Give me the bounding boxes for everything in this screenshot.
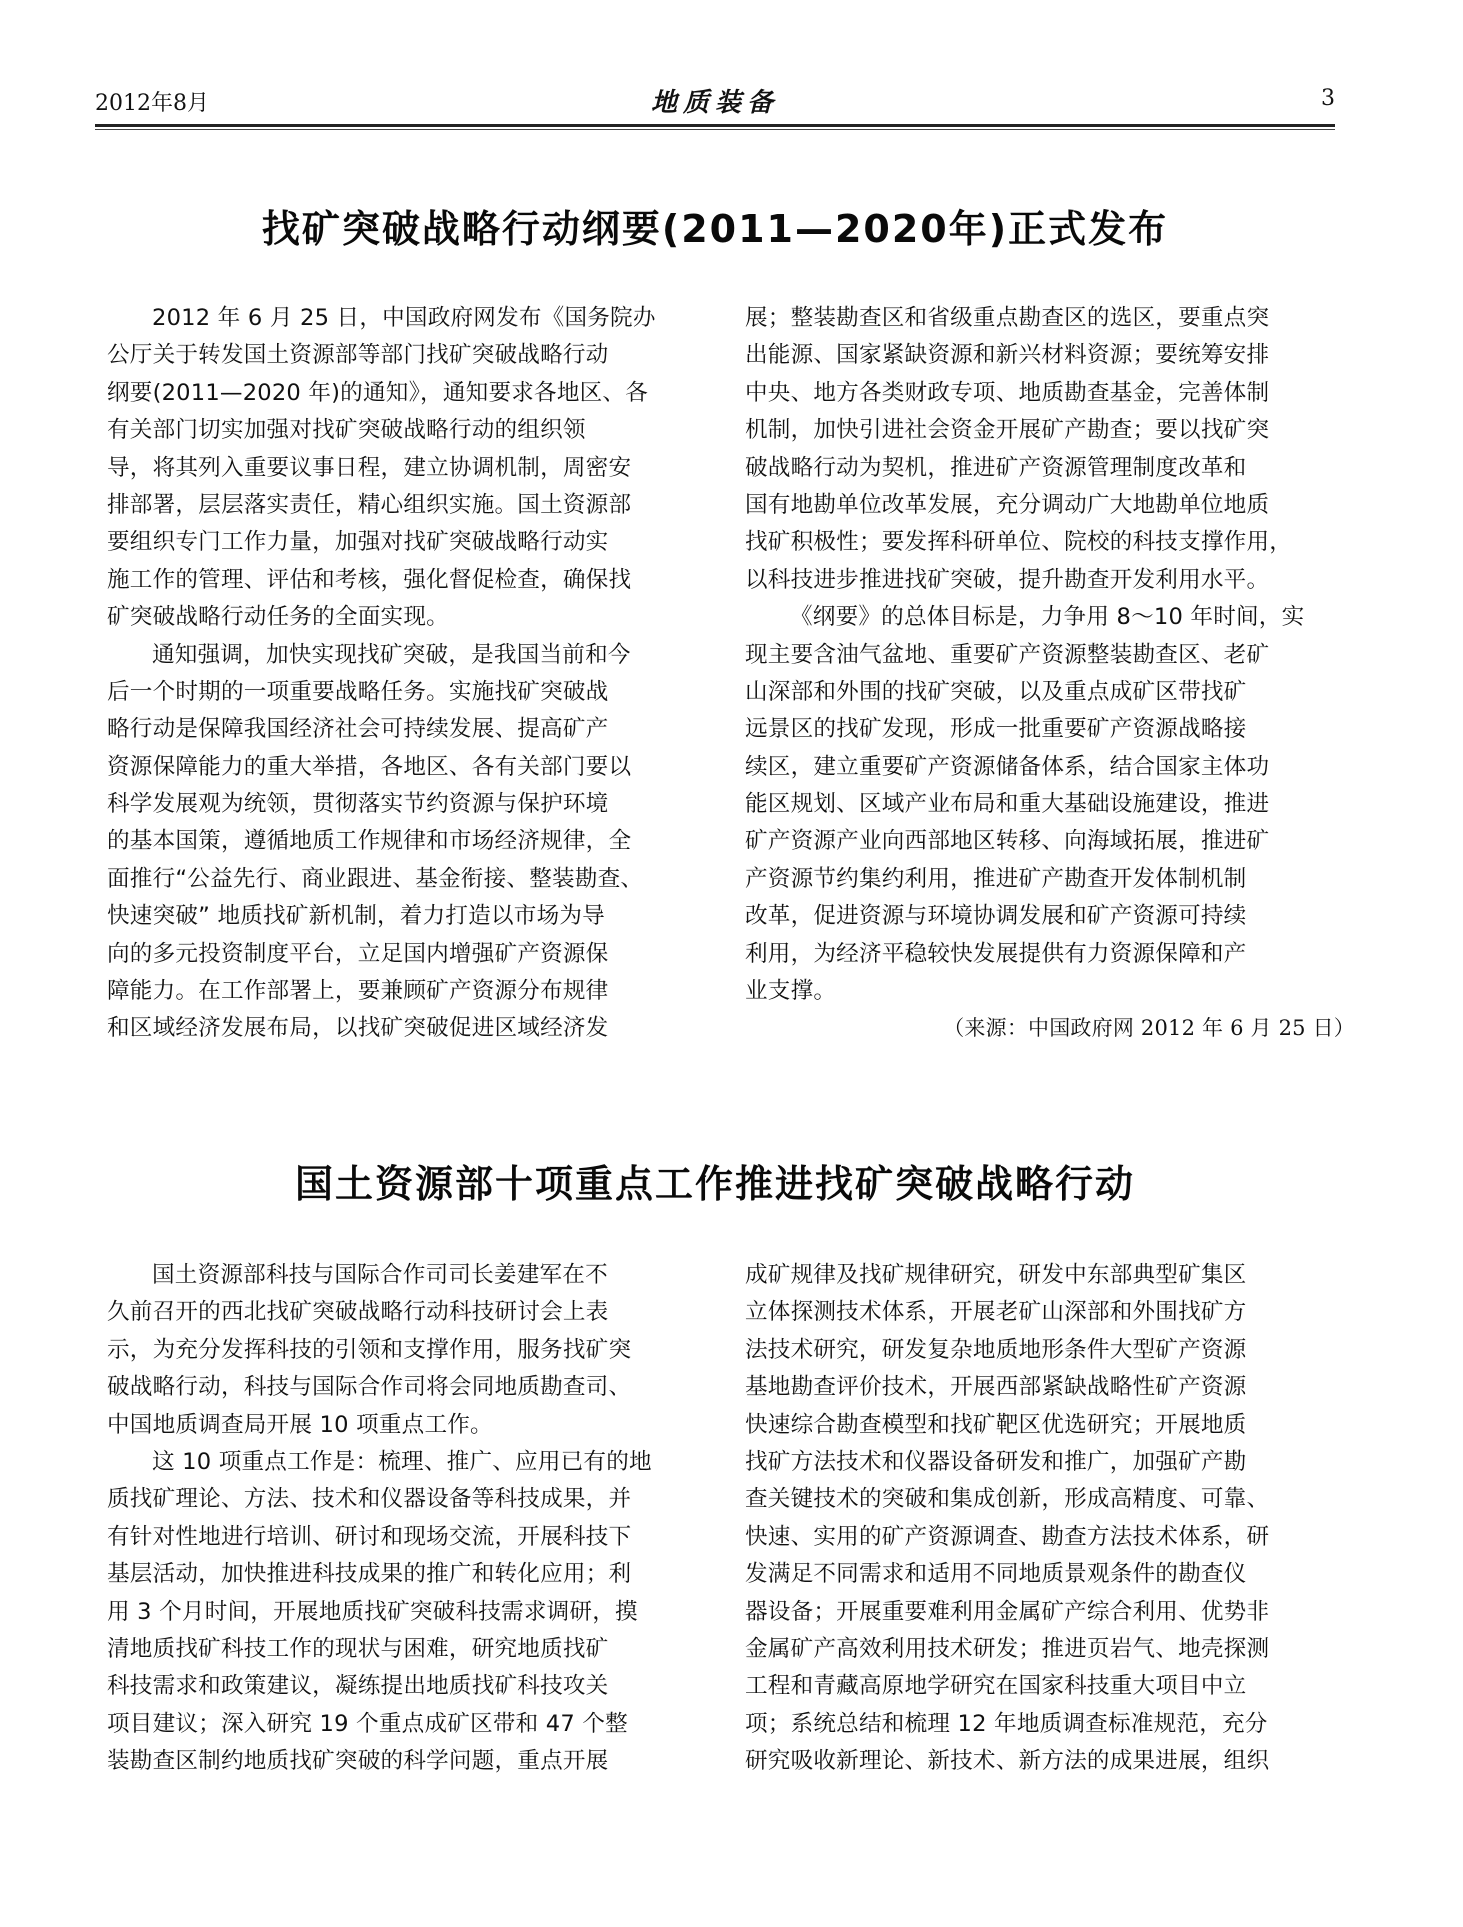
text-line: 略行动是保障我国经济社会可持续发展、提高矿产 <box>107 711 717 748</box>
text-line: 现主要含油气盆地、重要矿产资源整装勘查区、老矿 <box>745 637 1355 674</box>
text-line: 立体探测技术体系，开展老矿山深部和外围找矿方 <box>745 1294 1355 1331</box>
text-line: 施工作的管理、评估和考核，强化督促检查，确保找 <box>107 562 717 599</box>
text-line: 矿产资源产业向西部地区转移、向海域拓展，推进矿 <box>745 823 1355 860</box>
text-line: 纲要(2011—2020 年)的通知》，通知要求各地区、各 <box>107 375 717 412</box>
text-line: 有关部门切实加强对找矿突破战略行动的组织领 <box>107 412 717 449</box>
article2-left-column: 国土资源部科技与国际合作司司长姜建军在不久前召开的西北找矿突破战略行动科技研讨会… <box>107 1257 717 1780</box>
text-line: 发满足不同需求和适用不同地质景观条件的勘查仪 <box>745 1556 1355 1593</box>
text-line: 找矿积极性；要发挥科研单位、院校的科技支撑作用， <box>745 524 1355 561</box>
text-line: 基层活动，加快推进科技成果的推广和转化应用；利 <box>107 1556 717 1593</box>
text-line: 快速突破” 地质找矿新机制，着力打造以市场为导 <box>107 898 717 935</box>
article1-right-column: 展；整装勘查区和省级重点勘查区的选区，要重点突出能源、国家紧缺资源和新兴材料资源… <box>745 300 1355 1048</box>
paragraph-first-line: 《纲要》的总体目标是，力争用 8～10 年时间，实 <box>745 599 1355 636</box>
text-line: 项目建议；深入研究 19 个重点成矿区带和 47 个整 <box>107 1706 717 1743</box>
text-line: 破战略行动，科技与国际合作司将会同地质勘查司、 <box>107 1369 717 1406</box>
text-line: 的基本国策，遵循地质工作规律和市场经济规律，全 <box>107 823 717 860</box>
page-number: 3 <box>1321 86 1335 111</box>
article2-title: 国土资源部十项重点工作推进找矿突破战略行动 <box>95 1153 1335 1208</box>
text-line: 导，将其列入重要议事日程，建立协调机制，周密安 <box>107 450 717 487</box>
page-header: 2012年8月 地质装备 3 <box>95 82 1335 122</box>
article1-title: 找矿突破战略行动纲要(2011—2020年)正式发布 <box>95 198 1335 253</box>
text-line: 业支撑。 <box>745 973 1355 1010</box>
text-line: 研究吸收新理论、新技术、新方法的成果进展，组织 <box>745 1743 1355 1780</box>
article1-left-column: 2012 年 6 月 25 日，中国政府网发布《国务院办公厅关于转发国土资源部等… <box>107 300 717 1048</box>
text-line: 中国地质调查局开展 10 项重点工作。 <box>107 1407 717 1444</box>
text-line: 和区域经济发展布局，以找矿突破促进区域经济发 <box>107 1010 717 1047</box>
text-line: 产资源节约集约利用，推进矿产勘查开发体制机制 <box>745 861 1355 898</box>
text-line: 久前召开的西北找矿突破战略行动科技研讨会上表 <box>107 1294 717 1331</box>
text-line: 山深部和外围的找矿突破，以及重点成矿区带找矿 <box>745 674 1355 711</box>
text-line: 快速综合勘查模型和找矿靶区优选研究；开展地质 <box>745 1407 1355 1444</box>
text-line: 能区规划、区域产业布局和重大基础设施建设，推进 <box>745 786 1355 823</box>
text-line: 装勘查区制约地质找矿突破的科学问题，重点开展 <box>107 1743 717 1780</box>
text-line: 示，为充分发挥科技的引领和支撑作用，服务找矿突 <box>107 1332 717 1369</box>
paragraph-first-line: 国土资源部科技与国际合作司司长姜建军在不 <box>107 1257 717 1294</box>
text-line: 破战略行动为契机，推进矿产资源管理制度改革和 <box>745 450 1355 487</box>
text-line: 有针对性地进行培训、研讨和现场交流，开展科技下 <box>107 1519 717 1556</box>
text-line: 续区，建立重要矿产资源储备体系，结合国家主体功 <box>745 749 1355 786</box>
text-line: 机制，加快引进社会资金开展矿产勘查；要以找矿突 <box>745 412 1355 449</box>
text-line: 排部署，层层落实责任，精心组织实施。国土资源部 <box>107 487 717 524</box>
paragraph-first-line: 通知强调，加快实现找矿突破，是我国当前和今 <box>107 637 717 674</box>
text-line: 后一个时期的一项重要战略任务。实施找矿突破战 <box>107 674 717 711</box>
text-line: 科学发展观为统领，贯彻落实节约资源与保护环境 <box>107 786 717 823</box>
text-line: 用 3 个月时间，开展地质找矿突破科技需求调研，摸 <box>107 1594 717 1631</box>
text-line: 国有地勘单位改革发展，充分调动广大地勘单位地质 <box>745 487 1355 524</box>
text-line: 矿突破战略行动任务的全面实现。 <box>107 599 717 636</box>
text-line: 质找矿理论、方法、技术和仪器设备等科技成果，并 <box>107 1481 717 1518</box>
text-line: 查关键技术的突破和集成创新，形成高精度、可靠、 <box>745 1481 1355 1518</box>
text-line: 利用，为经济平稳较快发展提供有力资源保障和产 <box>745 936 1355 973</box>
source-citation: （来源：中国政府网 2012 年 6 月 25 日） <box>745 1010 1355 1047</box>
text-line: 找矿方法技术和仪器设备研发和推广，加强矿产勘 <box>745 1444 1355 1481</box>
text-line: 科技需求和政策建议，凝练提出地质找矿科技攻关 <box>107 1668 717 1705</box>
text-line: 金属矿产高效利用技术研发；推进页岩气、地壳探测 <box>745 1631 1355 1668</box>
text-line: 快速、实用的矿产资源调查、勘查方法技术体系，研 <box>745 1519 1355 1556</box>
text-line: 成矿规律及找矿规律研究，研发中东部典型矿集区 <box>745 1257 1355 1294</box>
text-line: 项；系统总结和梳理 12 年地质调查标准规范，充分 <box>745 1706 1355 1743</box>
text-line: 公厅关于转发国土资源部等部门找矿突破战略行动 <box>107 337 717 374</box>
text-line: 障能力。在工作部署上，要兼顾矿产资源分布规律 <box>107 973 717 1010</box>
paragraph-first-line: 这 10 项重点工作是：梳理、推广、应用已有的地 <box>107 1444 717 1481</box>
text-line: 工程和青藏高原地学研究在国家科技重大项目中立 <box>745 1668 1355 1705</box>
text-line: 清地质找矿科技工作的现状与困难，研究地质找矿 <box>107 1631 717 1668</box>
text-line: 器设备；开展重要难利用金属矿产综合利用、优势非 <box>745 1594 1355 1631</box>
text-line: 要组织专门工作力量，加强对找矿突破战略行动实 <box>107 524 717 561</box>
text-line: 资源保障能力的重大举措，各地区、各有关部门要以 <box>107 749 717 786</box>
header-rule <box>95 124 1335 127</box>
text-line: 远景区的找矿发现，形成一批重要矿产资源战略接 <box>745 711 1355 748</box>
text-line: 向的多元投资制度平台，立足国内增强矿产资源保 <box>107 936 717 973</box>
text-line: 基地勘查评价技术，开展西部紧缺战略性矿产资源 <box>745 1369 1355 1406</box>
journal-name: 地质装备 <box>95 82 1335 119</box>
text-line: 以科技进步推进找矿突破，提升勘查开发利用水平。 <box>745 562 1355 599</box>
article2-right-column: 成矿规律及找矿规律研究，研发中东部典型矿集区立体探测技术体系，开展老矿山深部和外… <box>745 1257 1355 1780</box>
header-rule-thin <box>95 129 1335 130</box>
text-line: 面推行“公益先行、商业跟进、基金衔接、整装勘查、 <box>107 861 717 898</box>
text-line: 改革，促进资源与环境协调发展和矿产资源可持续 <box>745 898 1355 935</box>
text-line: 展；整装勘查区和省级重点勘查区的选区，要重点突 <box>745 300 1355 337</box>
text-line: 出能源、国家紧缺资源和新兴材料资源；要统筹安排 <box>745 337 1355 374</box>
paragraph-first-line: 2012 年 6 月 25 日，中国政府网发布《国务院办 <box>107 300 717 337</box>
text-line: 中央、地方各类财政专项、地质勘查基金，完善体制 <box>745 375 1355 412</box>
text-line: 法技术研究，研发复杂地质地形条件大型矿产资源 <box>745 1332 1355 1369</box>
